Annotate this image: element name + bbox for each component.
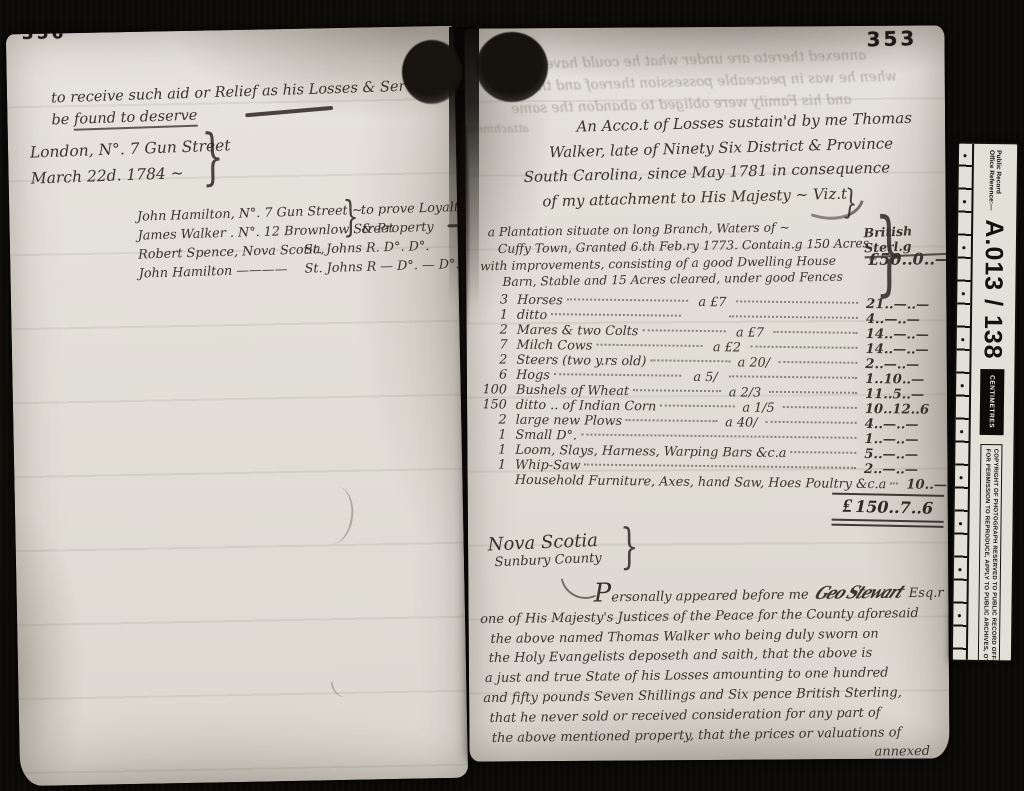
dotted-leader (650, 359, 730, 362)
deposition-paragraph: Personally appeared before me Geo Stewar… (478, 580, 934, 762)
folio-stamp-partial: 356 (22, 26, 67, 44)
pound-symbol: ₤ (842, 495, 855, 517)
wax-seal (476, 32, 548, 102)
row-rate: a 20/ (734, 355, 774, 370)
row-quantity: 2 (476, 322, 517, 337)
dotted-leader (626, 419, 717, 422)
row-quantity (474, 483, 515, 484)
row-amount: 10..12..6 (861, 402, 935, 418)
dotted-leader (567, 298, 689, 301)
row-amount: 11..5..— (861, 387, 935, 403)
dotted-leader (729, 375, 857, 379)
copyright-notice: COPYRIGHT OF PHOTOGRAPH RESERVED TO PUBL… (977, 444, 1002, 663)
row-amount: 21..—..— (862, 297, 936, 313)
witness-note: St. Johns R — D°. — D°. (304, 257, 459, 277)
dotted-leader (790, 451, 856, 454)
row-quantity: 1 (476, 307, 517, 322)
row-description: Small D°. (515, 428, 577, 444)
account-heading: An Acco.t of Losses sustain'd by me Thom… (512, 106, 924, 215)
archival-photograph: 356 to receive such aid or Relief as his… (0, 0, 1024, 791)
reference-strip-header: Public Record Office Reference:— (987, 146, 1003, 211)
row-amount: 14..—..— (861, 342, 935, 358)
row-amount: 14..—..— (862, 327, 936, 343)
reference-strip-content: Public Record Office Reference:— A.013 /… (969, 146, 1015, 654)
petition-closing-line-2b: found to deserve (74, 108, 198, 131)
plantation-description: a Plantation situate on long Branch, Wat… (480, 218, 881, 291)
dotted-leader (660, 404, 734, 407)
row-amount: 1..10..— (861, 372, 935, 388)
row-amount: 2..—..— (860, 462, 934, 478)
row-description: Mares & two Colts (517, 323, 639, 339)
row-amount: 5..—..— (860, 447, 934, 463)
petition-closing-line-2: be found to deserve (51, 103, 333, 128)
right-manuscript-page: 353 annexed thereto are under what he co… (464, 25, 949, 761)
row-description: Household Furniture, Axes, hand Saw, Hoe… (515, 473, 887, 493)
wax-seal (402, 40, 462, 104)
dotted-leader (765, 421, 856, 424)
dotted-leader (736, 300, 858, 303)
dotted-leader (642, 329, 726, 332)
row-amount: 1..—..— (860, 432, 934, 448)
row-rate: a 40/ (721, 415, 761, 430)
deposition-line: Personally appeared before me Geo Stewar… (594, 580, 932, 609)
row-quantity: 1 (474, 457, 515, 472)
row-description: ditto (517, 308, 547, 323)
row-rate: a 5/ (685, 370, 725, 385)
dotted-leader (551, 313, 680, 317)
row-quantity: 1 (474, 427, 515, 442)
stray-pen-mark (330, 679, 348, 700)
row-rate: a 2/3 (725, 385, 765, 400)
ink-dash-flourish (245, 106, 333, 118)
row-quantity: 2 (475, 352, 516, 367)
row-amount: 10..—..— (902, 477, 949, 493)
row-description: Steers (two y.rs old) (516, 353, 646, 370)
justice-signature: Geo Stewart (807, 582, 911, 606)
stray-pen-mark (312, 484, 357, 546)
dotted-leader (890, 482, 898, 484)
jurisdiction-block: Nova Scotia Sunbury County (487, 530, 602, 571)
row-amount: 2..—..— (861, 357, 935, 373)
dotted-leader (554, 373, 682, 377)
total-amount: 150..7..6 (855, 497, 933, 518)
dotted-leader (751, 346, 858, 349)
archive-reference-strip: Public Record Office Reference:— A.013 /… (951, 142, 1019, 663)
witness-list: John Hamilton, N°. 7 Gun Street ~ to pro… (137, 200, 468, 286)
row-quantity: 1 (474, 442, 515, 457)
dotted-leader (596, 344, 703, 347)
dateline-block: London, N°. 7 Gun Street March 22d. 1784… (29, 132, 232, 191)
dotted-leader (633, 389, 721, 392)
row-description: Milch Cows (516, 338, 592, 354)
dotted-leader (729, 315, 858, 319)
witness-name: John Hamilton, N°. 7 Gun Street ~ (137, 203, 363, 225)
row-rate: a 1/5 (738, 400, 778, 415)
jurisdiction-brace (614, 525, 645, 568)
reference-header-line: Public Record (994, 150, 1002, 210)
dotted-leader (778, 361, 858, 364)
losses-account-table: 3 Horses a £7 21..—..— 1 ditto 4..—..— 2… (474, 292, 936, 493)
dotted-leader (581, 434, 856, 439)
account-total: ₤150..7..6 (831, 493, 944, 528)
row-description: Bushels of Wheat (516, 383, 629, 399)
row-quantity: 6 (475, 367, 516, 382)
reference-code: A.013 / 138 (978, 219, 1009, 360)
row-quantity: 3 (476, 292, 517, 307)
plantation-amount: £50..0..— (868, 249, 950, 269)
row-description: Hogs (516, 368, 550, 383)
row-description: ditto .. of Indian Corn (516, 398, 657, 415)
petition-closing-line-2a: be (51, 112, 74, 129)
dotted-leader (584, 464, 856, 469)
reference-header-line: Office Reference:— (987, 150, 995, 210)
left-manuscript-page: 356 to receive such aid or Relief as his… (6, 26, 468, 786)
row-description: Whip-Saw (515, 458, 581, 474)
dotted-leader (774, 331, 858, 334)
row-rate: a £7 (730, 325, 770, 340)
signature-suffix: Esq.r (909, 586, 944, 601)
row-quantity: 100 (475, 382, 516, 397)
witness-name: John Hamilton ———— (139, 262, 288, 281)
row-quantity: 2 (475, 412, 516, 427)
dotted-leader (769, 391, 857, 394)
witness-note: St. Johns R. D°. D°. (304, 239, 430, 258)
row-quantity: 7 (475, 337, 516, 352)
row-rate: a £2 (707, 340, 747, 355)
binding-gutter-shadow (459, 120, 469, 370)
row-amount: 4..—..— (862, 312, 936, 328)
row-description: large new Plows (516, 413, 623, 429)
centimetres-scale-label: CENTIMETRES (980, 369, 1005, 435)
row-rate: a £7 (692, 295, 732, 310)
row-description: Horses (517, 293, 563, 309)
row-quantity: 150 (475, 397, 516, 412)
dotted-leader (783, 406, 857, 409)
county-name: Sunbury County (494, 551, 602, 570)
row-amount: 4..—..— (861, 417, 935, 433)
